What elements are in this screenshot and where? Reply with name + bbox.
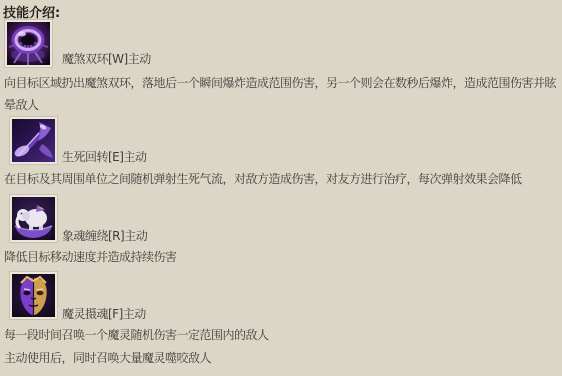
skill-name: 魔灵摄魂[F]主动 xyxy=(62,305,146,322)
skill-description: 在目标及其周围单位之间随机弹射生死气流，对敌方造成伤害，对友方进行治疗，每次弹射… xyxy=(4,168,560,190)
skill-name: 象魂缠绕[R]主动 xyxy=(62,227,147,244)
white-elephant-icon xyxy=(10,195,57,242)
skill-description: 每一段时间召唤一个魔灵随机伤害一定范围内的敌人 xyxy=(4,324,560,346)
skill-description: 向目标区域扔出魔煞双环，落地后一个瞬间爆炸造成范围伤害，另一个则会在数秒后爆炸，… xyxy=(4,72,560,116)
purple-energy-shards-icon xyxy=(10,117,57,164)
page-title: 技能介绍: xyxy=(3,2,60,21)
demon-mask-icon xyxy=(10,272,57,319)
skill-name: 魔煞双环[W]主动 xyxy=(62,50,151,67)
purple-ring-portal-icon xyxy=(5,20,52,67)
skill-description: 降低目标移动速度并造成持续伤害 xyxy=(4,246,560,268)
skill-description: 主动使用后，同时召唤大量魔灵噬咬敌人 xyxy=(4,347,560,369)
skill-name: 生死回转[E]主动 xyxy=(62,148,146,165)
skill-introduction-panel: 技能介绍: 魔煞双环[W]主动 向目标区域扔出魔煞双环，落地后一个瞬 xyxy=(0,0,562,376)
